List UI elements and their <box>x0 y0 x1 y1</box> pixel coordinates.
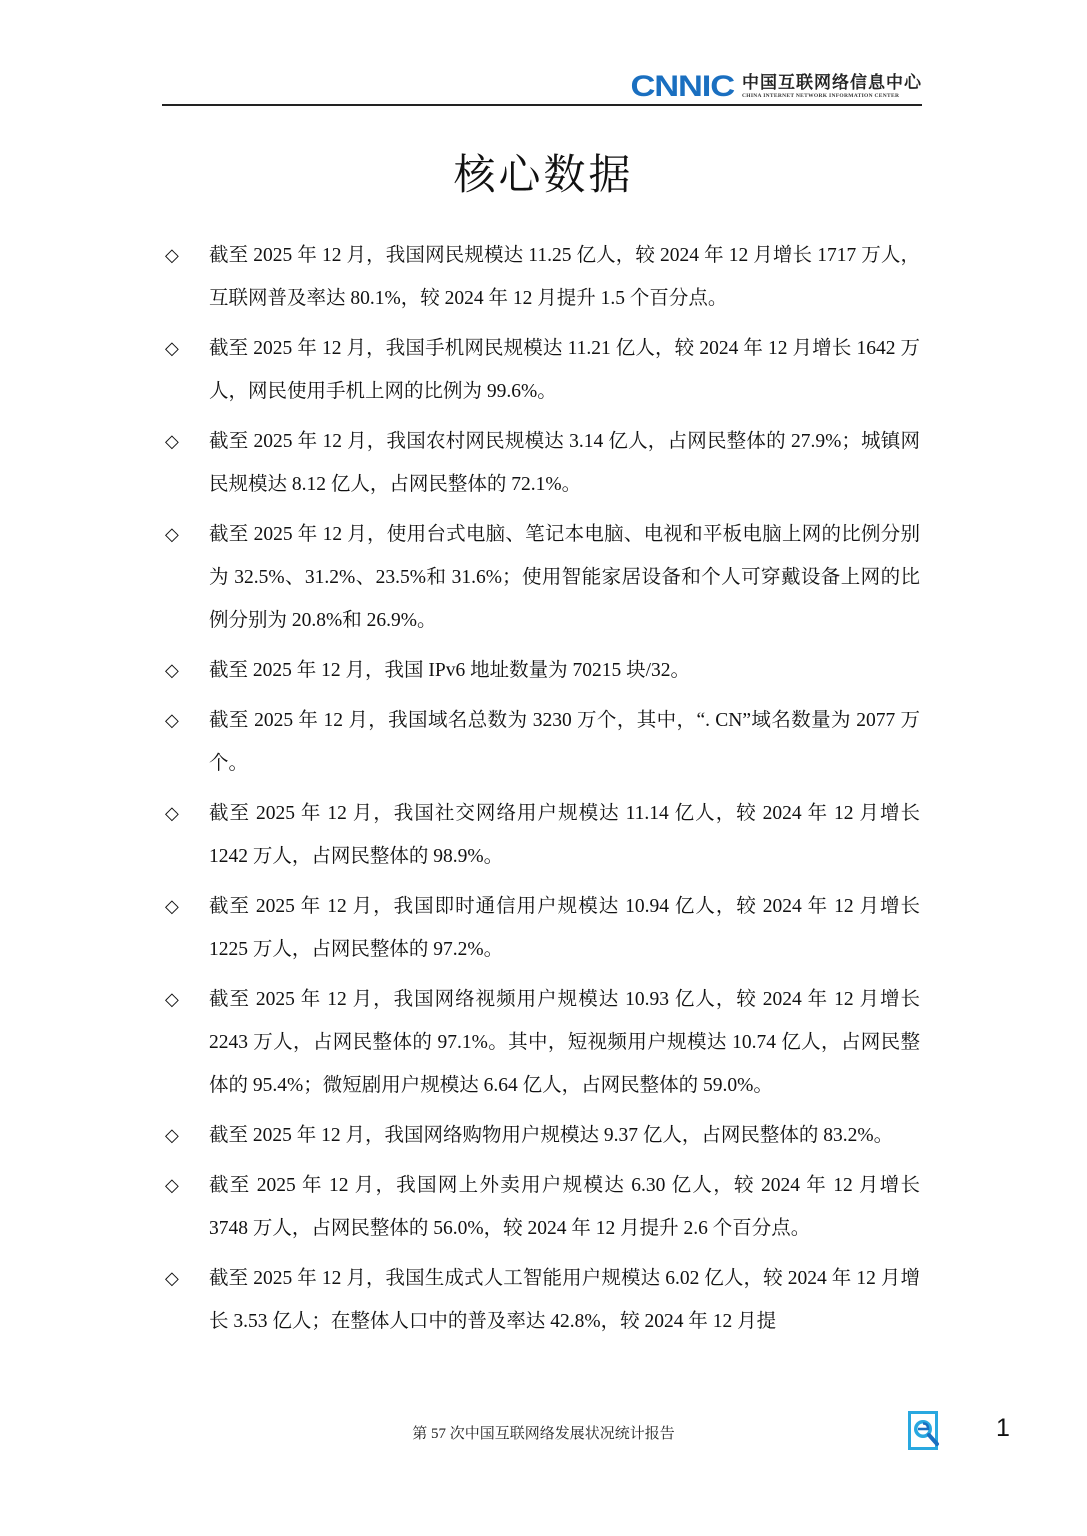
list-item: ◇截至 2025 年 12 月，我国网上外卖用户规模达 6.30 亿人，较 20… <box>165 1164 920 1250</box>
diamond-bullet-icon: ◇ <box>165 420 179 463</box>
diamond-bullet-icon: ◇ <box>165 978 179 1021</box>
item-text: 截至 2025 年 12 月，使用台式电脑、笔记本电脑、电视和平板电脑上网的比例… <box>209 524 920 631</box>
header-divider <box>162 104 922 106</box>
item-text: 截至 2025 年 12 月，我国手机网民规模达 11.21 亿人，较 2024… <box>209 338 920 402</box>
logo-english-name: CHINA INTERNET NETWORK INFORMATION CENTE… <box>742 92 922 100</box>
diamond-bullet-icon: ◇ <box>165 1164 179 1207</box>
list-item: ◇截至 2025 年 12 月，我国即时通信用户规模达 10.94 亿人，较 2… <box>165 885 920 971</box>
list-item: ◇截至 2025 年 12 月，我国农村网民规模达 3.14 亿人，占网民整体的… <box>165 420 920 506</box>
diamond-bullet-icon: ◇ <box>165 234 179 277</box>
page-title: 核心数据 <box>0 142 1087 202</box>
item-text: 截至 2025 年 12 月，我国生成式人工智能用户规模达 6.02 亿人，较 … <box>209 1268 920 1332</box>
item-text: 截至 2025 年 12 月，我国网上外卖用户规模达 6.30 亿人，较 202… <box>209 1175 920 1239</box>
page-header: CNNIC 中国互联网络信息中心 CHINA INTERNET NETWORK … <box>162 68 922 106</box>
logo-text: 中国互联网络信息中心 CHINA INTERNET NETWORK INFORM… <box>742 74 922 100</box>
diamond-bullet-icon: ◇ <box>165 327 179 370</box>
cnnic-logo: CNNIC 中国互联网络信息中心 CHINA INTERNET NETWORK … <box>644 74 922 100</box>
list-item: ◇截至 2025 年 12 月，我国 IPv6 地址数量为 70215 块/32… <box>165 649 920 692</box>
list-item: ◇截至 2025 年 12 月，我国网络购物用户规模达 9.37 亿人，占网民整… <box>165 1114 920 1157</box>
item-text: 截至 2025 年 12 月，我国域名总数为 3230 万个，其中，“. CN”… <box>209 710 920 774</box>
list-item: ◇截至 2025 年 12 月，使用台式电脑、笔记本电脑、电视和平板电脑上网的比… <box>165 513 920 642</box>
search-document-icon <box>908 1411 942 1451</box>
diamond-bullet-icon: ◇ <box>165 885 179 928</box>
list-item: ◇截至 2025 年 12 月，我国生成式人工智能用户规模达 6.02 亿人，较… <box>165 1257 920 1343</box>
page-number: 1 <box>996 1414 1010 1443</box>
list-item: ◇截至 2025 年 12 月，我国网络视频用户规模达 10.93 亿人，较 2… <box>165 978 920 1107</box>
logo-chinese-name: 中国互联网络信息中心 <box>742 74 922 92</box>
item-text: 截至 2025 年 12 月，我国社交网络用户规模达 11.14 亿人，较 20… <box>209 803 920 867</box>
item-text: 截至 2025 年 12 月，我国网民规模达 11.25 亿人，较 2024 年… <box>209 245 920 309</box>
diamond-bullet-icon: ◇ <box>165 792 179 835</box>
list-item: ◇截至 2025 年 12 月，我国域名总数为 3230 万个，其中，“. CN… <box>165 699 920 785</box>
item-text: 截至 2025 年 12 月，我国网络购物用户规模达 9.37 亿人，占网民整体… <box>209 1125 893 1146</box>
logo-mark: CNNIC <box>631 74 735 100</box>
list-item: ◇截至 2025 年 12 月，我国手机网民规模达 11.21 亿人，较 202… <box>165 327 920 413</box>
list-item: ◇截至 2025 年 12 月，我国社交网络用户规模达 11.14 亿人，较 2… <box>165 792 920 878</box>
list-item: ◇截至 2025 年 12 月，我国网民规模达 11.25 亿人，较 2024 … <box>165 234 920 320</box>
item-text: 截至 2025 年 12 月，我国即时通信用户规模达 10.94 亿人，较 20… <box>209 896 920 960</box>
item-text: 截至 2025 年 12 月，我国 IPv6 地址数量为 70215 块/32。 <box>209 660 690 681</box>
diamond-bullet-icon: ◇ <box>165 1114 179 1157</box>
key-data-list: ◇截至 2025 年 12 月，我国网民规模达 11.25 亿人，较 2024 … <box>165 234 920 1350</box>
diamond-bullet-icon: ◇ <box>165 1257 179 1300</box>
diamond-bullet-icon: ◇ <box>165 513 179 556</box>
diamond-bullet-icon: ◇ <box>165 699 179 742</box>
item-text: 截至 2025 年 12 月，我国农村网民规模达 3.14 亿人，占网民整体的 … <box>209 431 920 495</box>
item-text: 截至 2025 年 12 月，我国网络视频用户规模达 10.93 亿人，较 20… <box>209 989 920 1096</box>
diamond-bullet-icon: ◇ <box>165 649 179 692</box>
